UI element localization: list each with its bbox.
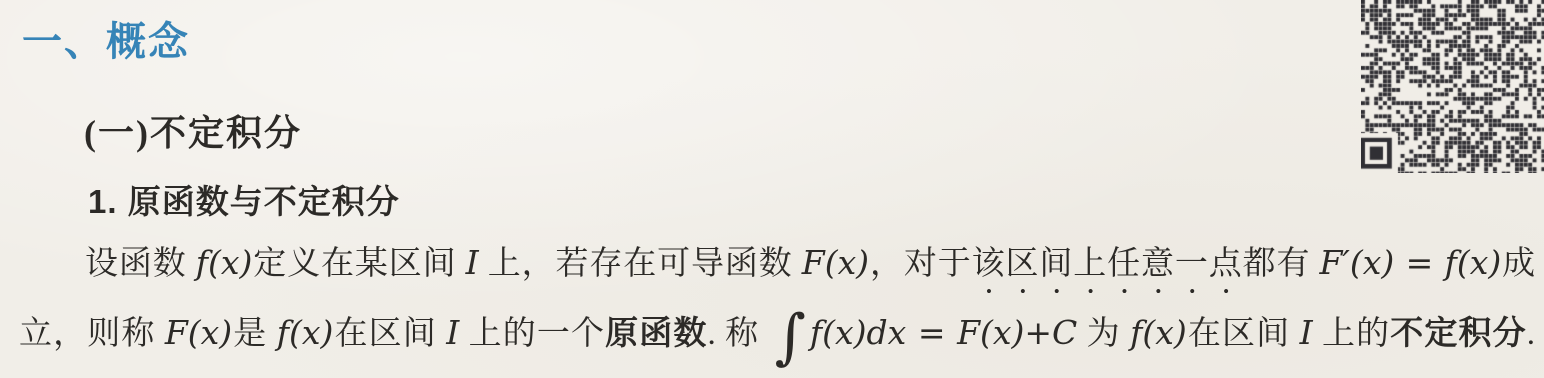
text-segment: . 称 [708,316,769,352]
math-segment: f(x) [196,243,253,282]
text-segment: ，对于 [869,246,972,282]
math-segment: F(x) [802,243,869,282]
bold-term: 原函数 [605,314,707,351]
text-segment: 设函数 [85,246,196,282]
section-heading: 一、概念 [22,20,190,64]
text-segment: 上，若存在可导函数 [479,246,802,282]
topic-heading: 1. 原函数与不定积分 [88,182,400,222]
math-segment: F′(x) = f(x) [1319,243,1501,282]
definition-paragraph: 设函数 f(x)定义在某区间 I 上，若存在可导函数 F(x)，对于该区间上任意… [0,228,1544,368]
text-segment: . [1527,316,1535,352]
qr-code-icon [1361,0,1544,173]
emphasized-text: 该区间上任意一点 [972,246,1243,282]
qr-code-canvas [1361,0,1544,173]
text-segment: 在区间 [1187,316,1300,352]
subsection-heading: (一)不定积分 [84,112,302,154]
paragraph-line-2: 立，则称 F(x)是 f(x)在区间 I 上的一个原函数. 称 ∫f(x)dx … [19,298,1535,368]
text-segment: 都有 [1243,246,1320,282]
math-segment: I [446,313,459,352]
text-segment: 上的一个 [459,316,605,352]
text-segment: 是 [232,316,277,352]
text-segment: 为 [1077,316,1130,352]
math-segment: F(x) [165,313,232,352]
math-segment: f(x)dx = F(x)+C [810,313,1077,352]
math-segment: f(x) [1130,313,1187,352]
math-segment: I [1300,313,1313,352]
text-segment: 定义在某区间 [252,246,465,282]
text-segment: 成 [1501,246,1535,282]
text-segment: 上的 [1313,316,1391,352]
text-segment: 立，则称 [19,316,165,352]
text-segment: 在区间 [333,316,446,352]
paragraph-line-1: 设函数 f(x)定义在某区间 I 上，若存在可导函数 F(x)，对于该区间上任意… [19,228,1535,298]
bold-term: 不定积分 [1390,314,1527,351]
math-segment: I [466,243,479,282]
textbook-page: { "colors": { "background": "#f1eee8", "… [0,0,1544,378]
integral-sign: ∫ [769,302,810,372]
math-segment: f(x) [277,313,334,352]
